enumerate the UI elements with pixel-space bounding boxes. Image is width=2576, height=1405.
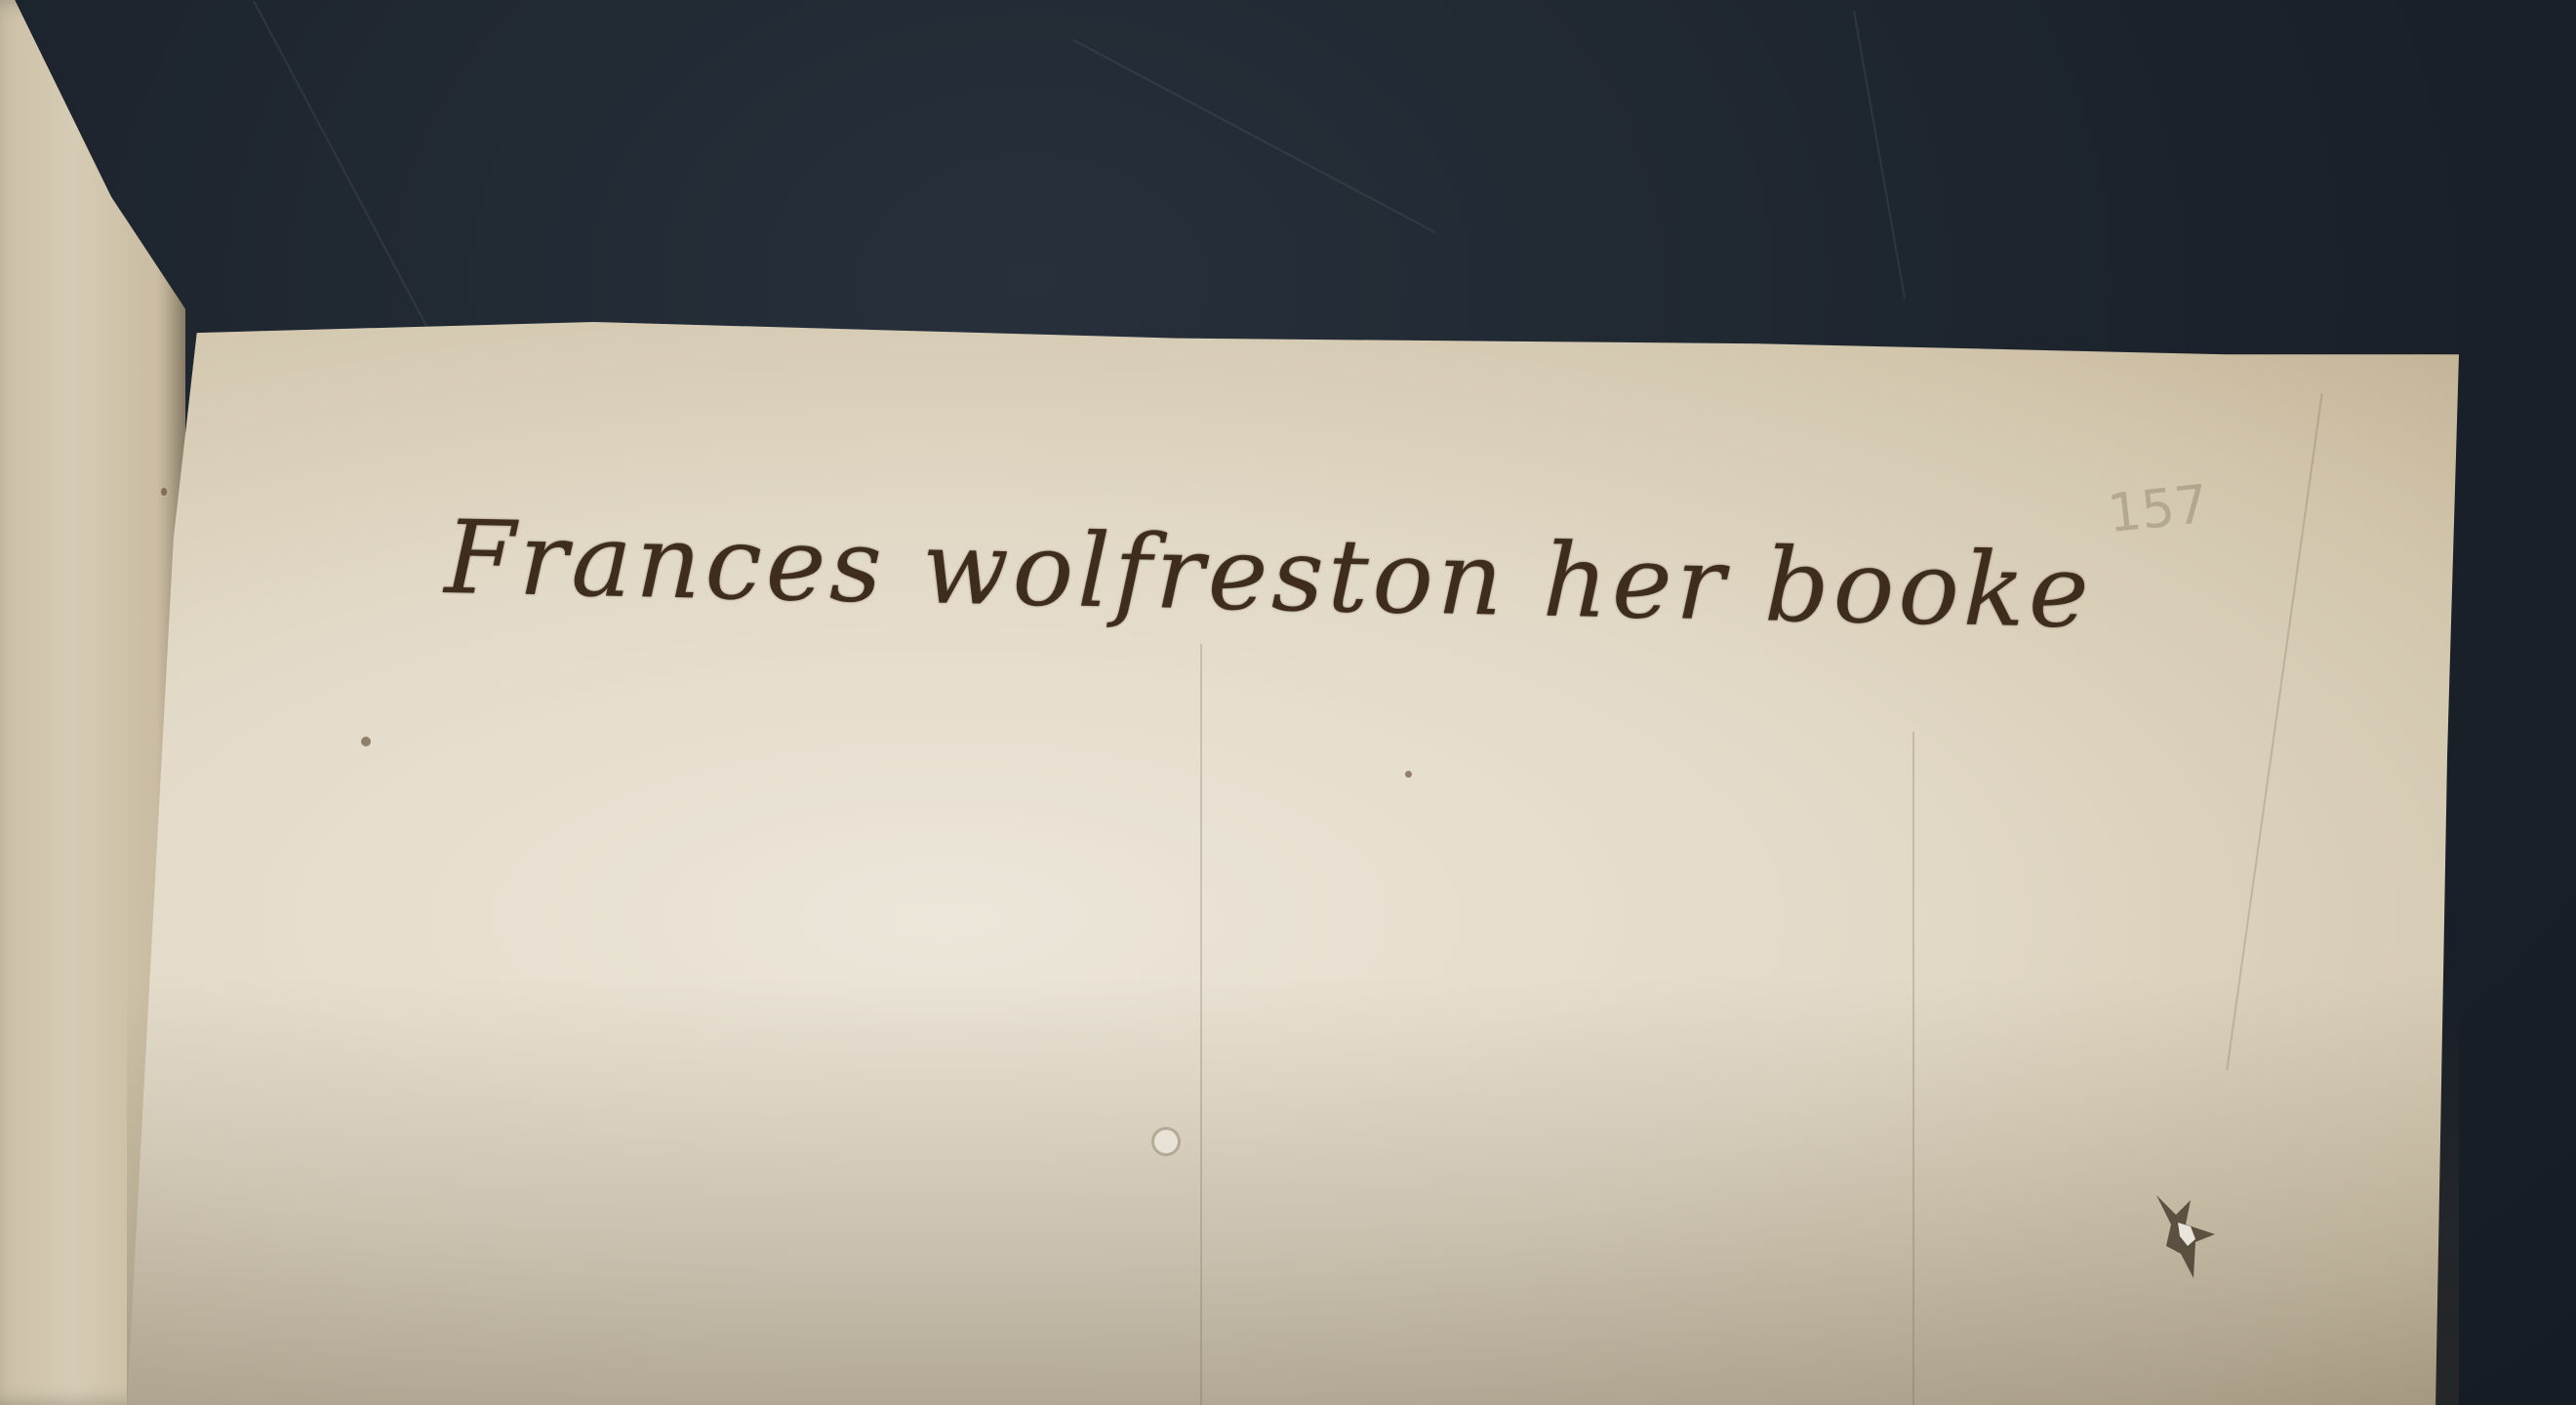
small-hole: [1151, 1127, 1181, 1156]
handwritten-inscription: Frances wolfreston her booke: [442, 498, 2105, 728]
surface-scratch: [1073, 39, 1436, 233]
pencil-annotation: 157: [2105, 473, 2211, 544]
paper-damage-hole: [2137, 1185, 2244, 1293]
ink-speck: [1405, 771, 1412, 778]
surface-scratch: [1853, 11, 1906, 300]
ink-speck: [161, 488, 167, 496]
paper-crease: [1912, 732, 1914, 1405]
ink-speck: [361, 737, 371, 746]
paper-crease: [1200, 644, 1202, 1405]
page-shadow: [127, 976, 2459, 1405]
